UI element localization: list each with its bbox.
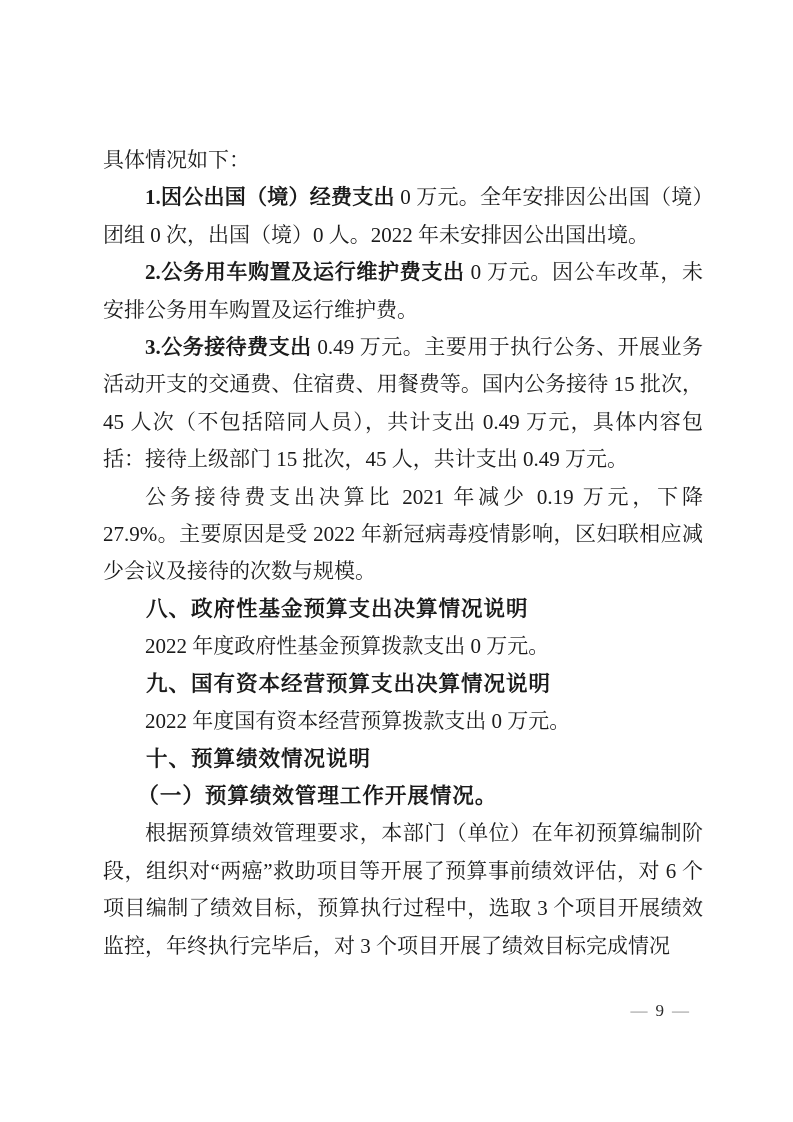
section-8-heading: 八、政府性基金预算支出决算情况说明: [103, 591, 703, 628]
performance-management-paragraph: 根据预算绩效管理要求，本部门（单位）在年初预算编制阶段，组织对“两癌”救助项目等…: [103, 815, 703, 965]
section-10-sub-heading: （一）预算绩效管理工作开展情况。: [103, 778, 703, 815]
item-3-paragraph: 3.公务接待费支出 0.49 万元。主要用于执行公务、开展业务活动开支的交通费、…: [103, 329, 703, 479]
section-10-heading: 十、预算绩效情况说明: [103, 741, 703, 778]
section-9-heading: 九、国有资本经营预算支出决算情况说明: [103, 666, 703, 703]
page-body-text: 具体情况如下： 1.因公出国（境）经费支出 0 万元。全年安排因公出国（境）团组…: [103, 142, 703, 965]
page-footer: —9—: [623, 1000, 698, 1022]
item-1-paragraph: 1.因公出国（境）经费支出 0 万元。全年安排因公出国（境）团组 0 次，出国（…: [103, 179, 703, 254]
item-2-paragraph: 2.公务用车购置及运行维护费支出 0 万元。因公车改革，未安排公务用车购置及运行…: [103, 254, 703, 329]
section-8-paragraph: 2022 年度政府性基金预算拨款支出 0 万元。: [103, 628, 703, 665]
item-3-label: 3.公务接待费支出: [145, 335, 312, 359]
section-9-paragraph: 2022 年度国有资本经营预算拨款支出 0 万元。: [103, 703, 703, 740]
item-1-label: 1.因公出国（境）经费支出: [145, 185, 395, 209]
document-page: 具体情况如下： 1.因公出国（境）经费支出 0 万元。全年安排因公出国（境）团组…: [0, 0, 793, 1122]
page-number-value: 9: [656, 1001, 665, 1020]
page-number-dash-right: —: [672, 1001, 689, 1020]
intro-line: 具体情况如下：: [103, 142, 703, 179]
reception-comparison-paragraph: 公务接待费支出决算比 2021 年减少 0.19 万元，下降 27.9%。主要原…: [103, 479, 703, 591]
item-2-label: 2.公务用车购置及运行维护费支出: [145, 260, 465, 284]
page-number-dash-left: —: [631, 1001, 648, 1020]
